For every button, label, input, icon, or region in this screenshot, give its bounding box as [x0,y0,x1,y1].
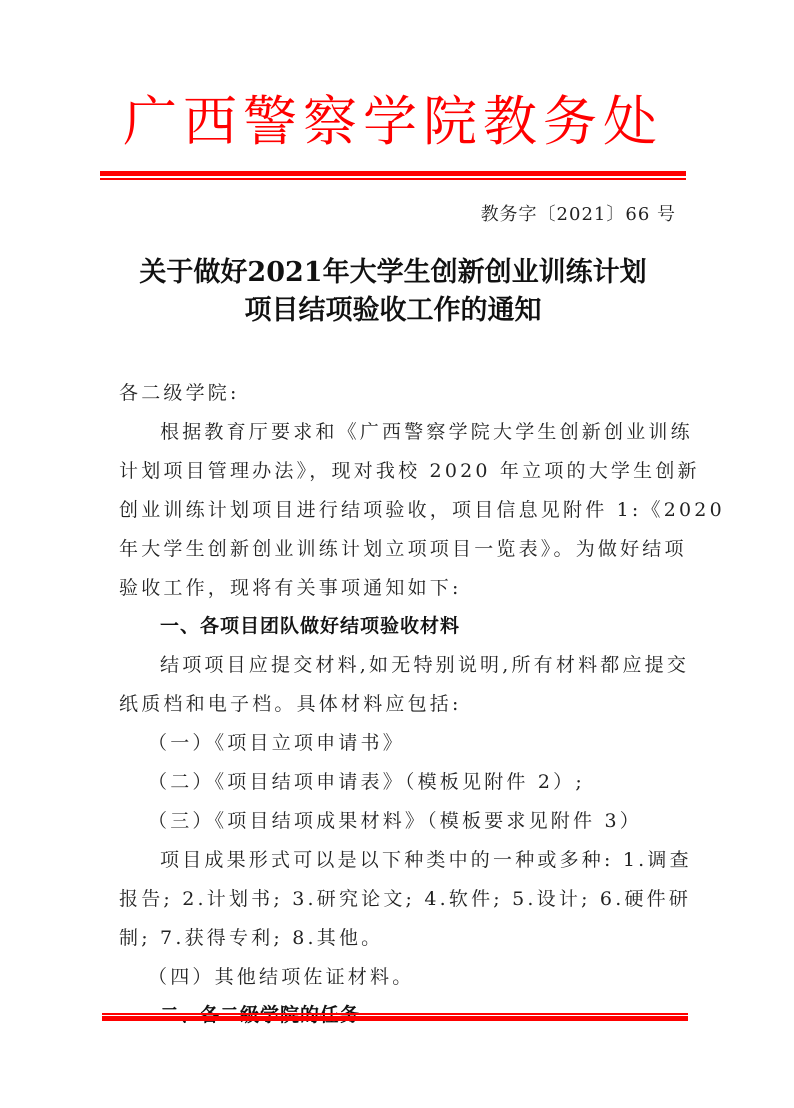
material-item: （二）《项目结项申请表》（模板见附件 2）; [148,767,713,794]
footer-rule-thick [102,1016,688,1021]
masthead-rule-thin [100,178,686,180]
document-number: 教务字〔2021〕66 号 [481,200,676,226]
salutation: 各二级学院: [119,378,684,405]
intro-line: 验收工作，现将有关事项通知如下: [119,573,684,600]
section1-paragraph-line: 纸质档和电子档。具体材料应包括: [119,689,684,716]
notice-title-line1: 关于做好2021年大学生创新创业训练计划 [100,254,686,292]
material-item: （一）《项目立项申请书》 [148,728,713,755]
section1-heading: 一、各项目团队做好结项验收材料 [160,611,460,638]
outcome-line: 报告; 2.计划书; 3.研究论文; 4.软件; 5.设计; 6.硬件研 [119,884,684,911]
footer-rule-thin [102,1013,688,1015]
material-item: （四）其他结项佐证材料。 [148,962,713,989]
document-page: 广西警察学院教务处 教务字〔2021〕66 号 关于做好2021年大学生创新创业… [0,0,794,1108]
material-item: （三）《项目结项成果材料》（模板要求见附件 3） [148,806,713,833]
outcome-line: 制; 7.获得专利; 8.其他。 [119,923,684,950]
intro-line: 根据教育厅要求和《广西警察学院大学生创新创业训练 [160,417,684,444]
intro-line: 计划项目管理办法》，现对我校 2020 年立项的大学生创新 [119,456,684,483]
section1-paragraph-line: 结项项目应提交材料,如无特别说明,所有材料都应提交 [160,650,684,677]
intro-line: 年大学生创新创业训练计划立项项目一览表》。为做好结项 [119,534,684,561]
masthead-rule-thick [100,171,686,176]
notice-title-line2: 项目结项验收工作的通知 [100,292,686,330]
masthead-title: 广西警察学院教务处 [100,82,686,162]
intro-line: 创业训练计划项目进行结项验收，项目信息见附件 1:《2020 [119,495,684,522]
outcome-line: 项目成果形式可以是以下种类中的一种或多种: 1.调查 [160,845,684,872]
